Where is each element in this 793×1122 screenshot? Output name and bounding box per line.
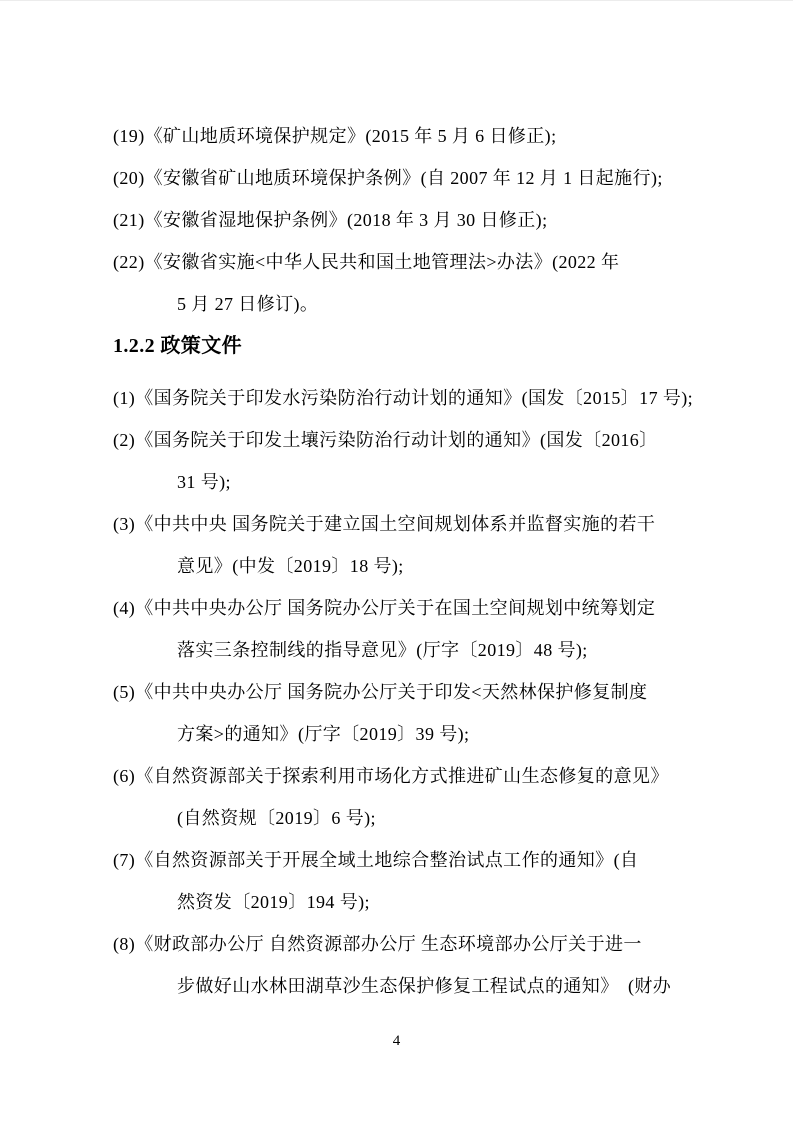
list-item-line-continuation: 方案>的通知》(厅字〔2019〕39 号); bbox=[177, 713, 753, 755]
list-item: (5)《中共中央办公厅 国务院办公厅关于印发<天然林保护修复制度方案>的通知》(… bbox=[113, 671, 753, 755]
list-item: (8)《财政部办公厅 自然资源部办公厅 生态环境部办公厅关于进一步做好山水林田湖… bbox=[113, 923, 753, 1007]
page-number: 4 bbox=[0, 1029, 793, 1053]
list-item-line-continuation: 步做好山水林田湖草沙生态保护修复工程试点的通知》 (财办 bbox=[177, 965, 753, 1007]
list-item-line: (7)《自然资源部关于开展全域土地综合整治试点工作的通知》(自 bbox=[113, 839, 753, 881]
policy-document-list: (1)《国务院关于印发水污染防治行动计划的通知》(国发〔2015〕17 号);(… bbox=[113, 377, 753, 1007]
section-heading-policy-documents: 1.2.2 政策文件 bbox=[113, 325, 753, 367]
list-item-line: (22)《安徽省实施<中华人民共和国土地管理法>办法》(2022 年 bbox=[113, 241, 753, 283]
page-content: (19)《矿山地质环境保护规定》(2015 年 5 月 6 日修正);(20)《… bbox=[113, 115, 753, 1007]
list-item: (3)《中共中央 国务院关于建立国土空间规划体系并监督实施的若干意见》(中发〔2… bbox=[113, 503, 753, 587]
list-item: (6)《自然资源部关于探索利用市场化方式推进矿山生态修复的意见》(自然资规〔20… bbox=[113, 755, 753, 839]
list-item: (20)《安徽省矿山地质环境保护条例》(自 2007 年 12 月 1 日起施行… bbox=[113, 157, 753, 199]
regulation-list: (19)《矿山地质环境保护规定》(2015 年 5 月 6 日修正);(20)《… bbox=[113, 115, 753, 325]
list-item: (1)《国务院关于印发水污染防治行动计划的通知》(国发〔2015〕17 号); bbox=[113, 377, 753, 419]
list-item-line-continuation: 5 月 27 日修订)。 bbox=[177, 283, 753, 325]
list-item-line-continuation: 31 号); bbox=[177, 461, 753, 503]
list-item-line-continuation: 然资发〔2019〕194 号); bbox=[177, 881, 753, 923]
list-item-line: (3)《中共中央 国务院关于建立国土空间规划体系并监督实施的若干 bbox=[113, 503, 753, 545]
document-page: (19)《矿山地质环境保护规定》(2015 年 5 月 6 日修正);(20)《… bbox=[0, 0, 793, 1122]
list-item-line: (4)《中共中央办公厅 国务院办公厅关于在国土空间规划中统筹划定 bbox=[113, 587, 753, 629]
list-item-line: (21)《安徽省湿地保护条例》(2018 年 3 月 30 日修正); bbox=[113, 199, 753, 241]
list-item: (22)《安徽省实施<中华人民共和国土地管理法>办法》(2022 年5 月 27… bbox=[113, 241, 753, 325]
list-item-line: (8)《财政部办公厅 自然资源部办公厅 生态环境部办公厅关于进一 bbox=[113, 923, 753, 965]
list-item-line: (20)《安徽省矿山地质环境保护条例》(自 2007 年 12 月 1 日起施行… bbox=[113, 157, 753, 199]
list-item: (2)《国务院关于印发土壤污染防治行动计划的通知》(国发〔2016〕31 号); bbox=[113, 419, 753, 503]
list-item: (4)《中共中央办公厅 国务院办公厅关于在国土空间规划中统筹划定落实三条控制线的… bbox=[113, 587, 753, 671]
list-item-line-continuation: 意见》(中发〔2019〕18 号); bbox=[177, 545, 753, 587]
list-item-line: (1)《国务院关于印发水污染防治行动计划的通知》(国发〔2015〕17 号); bbox=[113, 377, 753, 419]
list-item-line: (5)《中共中央办公厅 国务院办公厅关于印发<天然林保护修复制度 bbox=[113, 671, 753, 713]
list-item-line: (2)《国务院关于印发土壤污染防治行动计划的通知》(国发〔2016〕 bbox=[113, 419, 753, 461]
list-item-line-continuation: (自然资规〔2019〕6 号); bbox=[177, 797, 753, 839]
list-item-line: (19)《矿山地质环境保护规定》(2015 年 5 月 6 日修正); bbox=[113, 115, 753, 157]
list-item-line: (6)《自然资源部关于探索利用市场化方式推进矿山生态修复的意见》 bbox=[113, 755, 753, 797]
list-item: (21)《安徽省湿地保护条例》(2018 年 3 月 30 日修正); bbox=[113, 199, 753, 241]
list-item: (19)《矿山地质环境保护规定》(2015 年 5 月 6 日修正); bbox=[113, 115, 753, 157]
list-item: (7)《自然资源部关于开展全域土地综合整治试点工作的通知》(自然资发〔2019〕… bbox=[113, 839, 753, 923]
list-item-line-continuation: 落实三条控制线的指导意见》(厅字〔2019〕48 号); bbox=[177, 629, 753, 671]
